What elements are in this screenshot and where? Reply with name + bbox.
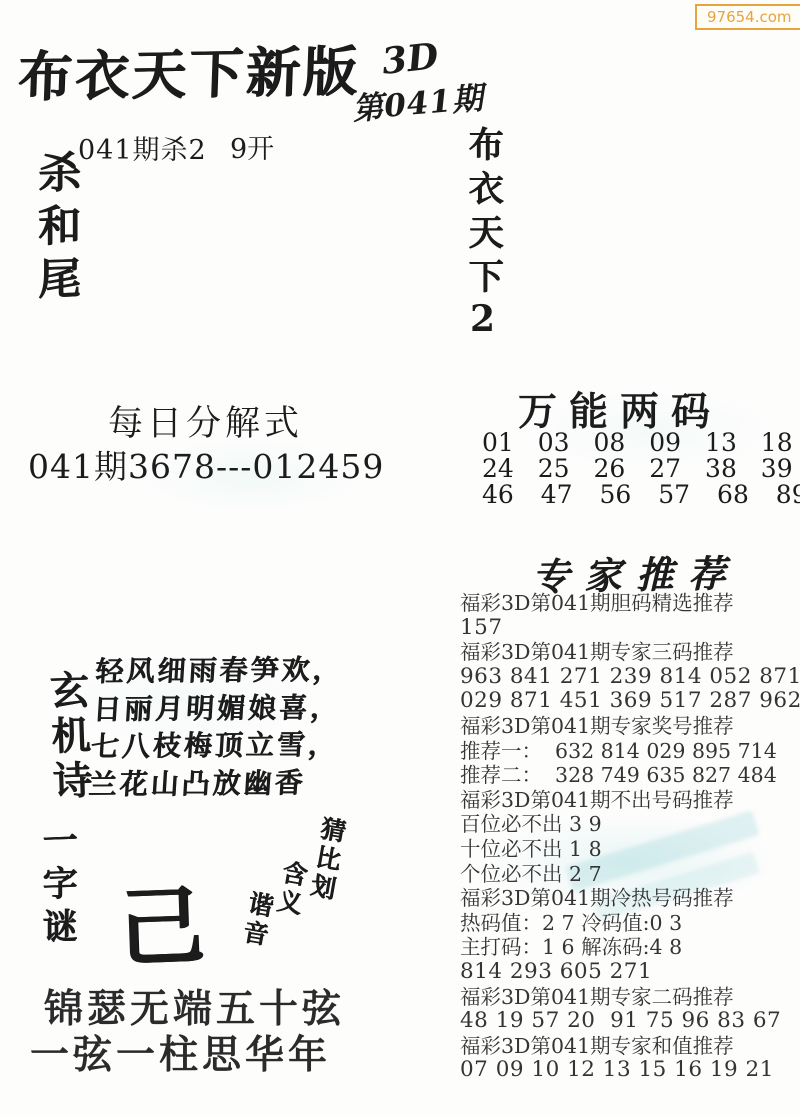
poem-line: 七八枝梅顶立雪， bbox=[90, 726, 340, 766]
expert-line: 07 09 10 12 13 15 16 19 21 bbox=[460, 1058, 782, 1083]
riddle-hint: 猜比划 bbox=[301, 814, 352, 906]
expert-line: 福彩3D第041期专家和值推荐 bbox=[460, 1034, 782, 1059]
issue-number: 第041期 bbox=[350, 72, 485, 128]
universal-row: 01 03 08 09 13 18 19? bbox=[482, 430, 782, 456]
expert-line: 963 841 271 239 814 052 871 bbox=[460, 665, 782, 690]
site-badge-link[interactable]: 97654.com bbox=[695, 4, 800, 30]
poem-line: 轻风细雨春笋欢， bbox=[94, 651, 344, 691]
universal-two-codes-grid: 01 03 08 09 13 18 19? 24 25 26 27 38 39 … bbox=[482, 430, 782, 508]
edition-number: 2 bbox=[470, 298, 495, 340]
expert-line: 48 19 57 20 91 75 96 83 67 bbox=[460, 1009, 782, 1034]
lottery-sheet-page: 97654.com 布衣天下新版 3D 第041期 041期杀2 9开 杀和尾 … bbox=[0, 0, 800, 1116]
word-riddle-character: 己 bbox=[116, 857, 206, 984]
closing-poem-line: 锦瑟无端五十弦 bbox=[44, 986, 345, 1032]
expert-line: 个位必不出 2 7 bbox=[460, 862, 782, 887]
expert-line: 推荐一： 632 814 029 895 714 bbox=[460, 739, 782, 764]
expert-recommend-list: 福彩3D第041期胆码精选推荐 157 福彩3D第041期专家三码推荐 963 … bbox=[460, 591, 782, 1083]
kill-sum-tail-vertical-label: 杀和尾 bbox=[26, 149, 87, 310]
mystery-poem-lines: 轻风细雨春笋欢， 日丽月明媚娘喜， 七八枝梅顶立雪， 兰花山凸放幽香 bbox=[87, 651, 344, 803]
daily-formula-value: 041期3678---012459 bbox=[28, 441, 384, 488]
expert-line: 029 871 451 369 517 287 962 bbox=[460, 689, 782, 714]
poem-line: 日丽月明媚娘喜， bbox=[92, 688, 342, 728]
closing-poem-line: 一弦一柱思华年 bbox=[30, 1032, 345, 1078]
kill-line-left: 041期杀2 bbox=[78, 128, 207, 167]
edition-vertical-label: 布衣天下 bbox=[458, 126, 508, 302]
expert-line: 814 293 605 271 bbox=[460, 960, 782, 985]
expert-line: 157 bbox=[460, 616, 782, 641]
expert-line: 福彩3D第041期胆码精选推荐 bbox=[460, 591, 782, 616]
expert-line: 主打码：1 6 解冻码:4 8 bbox=[460, 935, 782, 960]
riddle-hint: 谐音 bbox=[233, 888, 279, 951]
word-riddle-title: 一字谜 bbox=[32, 821, 82, 952]
universal-row: 46 47 56 57 68 89 bbox=[482, 482, 782, 508]
expert-line: 推荐二： 328 749 635 827 484 bbox=[460, 763, 782, 788]
universal-row: 24 25 26 27 38 39 45? bbox=[482, 456, 782, 482]
closing-poem: 锦瑟无端五十弦 一弦一柱思华年 bbox=[44, 986, 345, 1078]
expert-line: 福彩3D第041期冷热号码推荐 bbox=[460, 886, 782, 911]
expert-line: 福彩3D第041期专家奖号推荐 bbox=[460, 714, 782, 739]
kill-line-right: 9开 bbox=[230, 127, 274, 166]
expert-line: 福彩3D第041期专家二码推荐 bbox=[460, 985, 782, 1010]
expert-line: 福彩3D第041期专家三码推荐 bbox=[460, 640, 782, 665]
expert-line: 福彩3D第041期不出号码推荐 bbox=[460, 788, 782, 813]
sheet-title: 布衣天下新版 bbox=[17, 29, 362, 112]
poem-line: 兰花山凸放幽香 bbox=[87, 763, 337, 803]
daily-formula-title: 每日分解式 bbox=[108, 396, 303, 446]
expert-line: 热码值：2 7 冷码值:0 3 bbox=[460, 911, 782, 936]
expert-line: 十位必不出 1 8 bbox=[460, 837, 782, 862]
expert-line: 百位必不出 3 9 bbox=[460, 812, 782, 837]
